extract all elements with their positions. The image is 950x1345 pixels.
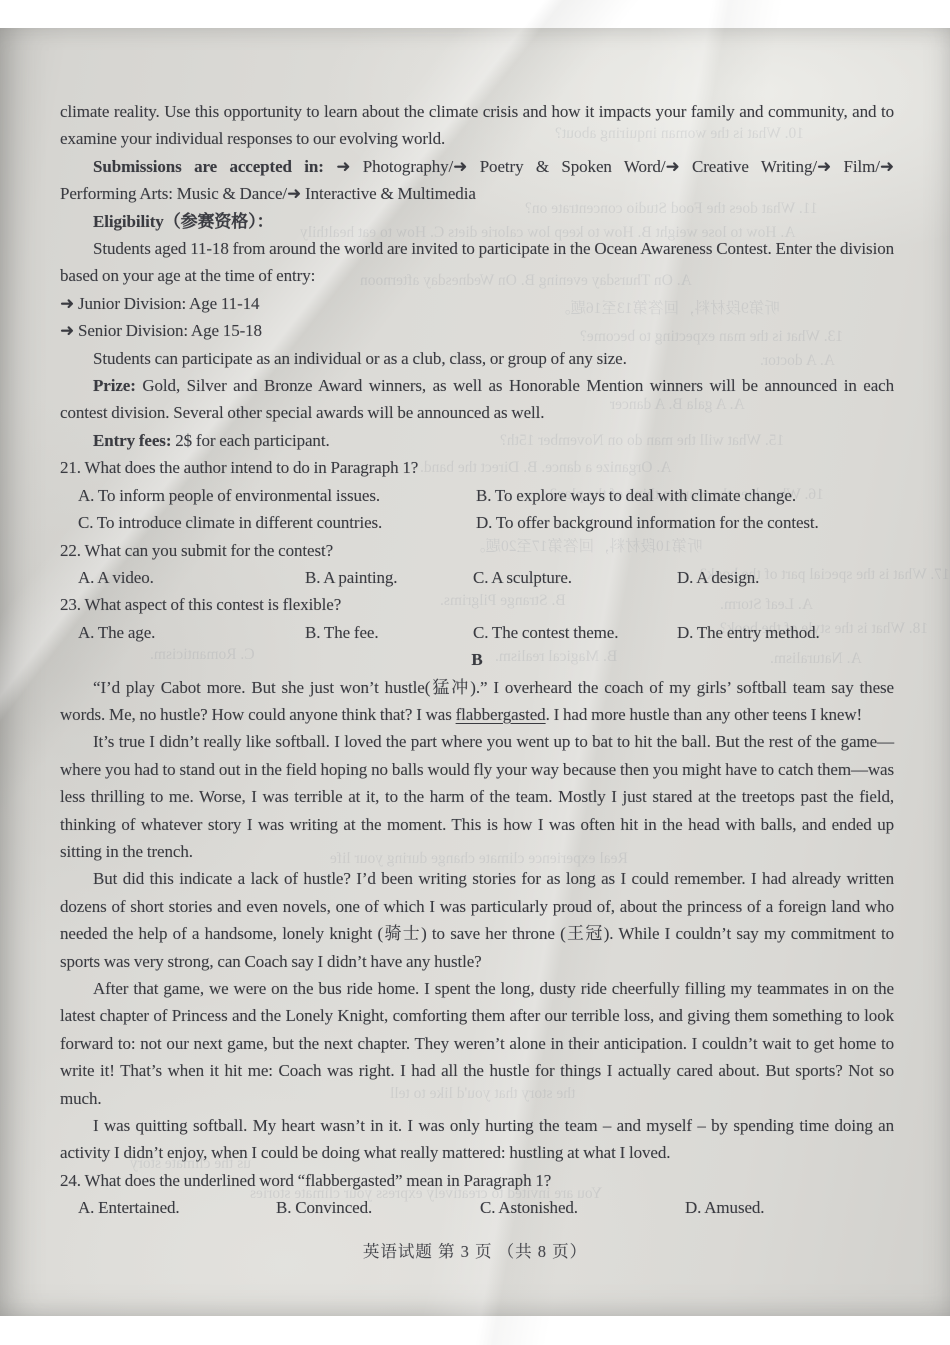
entry-fees-text: 2$ for each participant. <box>171 431 329 450</box>
question-23: 23. What aspect of this contest is flexi… <box>60 591 894 618</box>
submissions-categories-1: ➜ Photography/➜ Poetry & Spoken Word/➜ C… <box>324 157 894 176</box>
question-23-options: A. The age. B. The fee. C. The contest t… <box>78 619 894 646</box>
intro-continuation: climate reality. Use this opportunity to… <box>60 98 894 153</box>
prize-label: Prize: <box>93 376 136 395</box>
option-22-d: D. A design. <box>677 564 759 591</box>
entry-fees-line: Entry fees: 2$ for each participant. <box>60 427 894 454</box>
option-24-d: D. Amused. <box>685 1194 764 1221</box>
option-23-d: D. The entry method. <box>677 619 820 646</box>
option-22-b: B. A painting. <box>305 564 473 591</box>
question-21: 21. What does the author intend to do in… <box>60 454 894 481</box>
option-23-c: C. The contest theme. <box>473 619 677 646</box>
option-21-d: D. To offer background information for t… <box>476 509 894 536</box>
submissions-label: Submissions are accepted in: <box>93 157 324 176</box>
option-21-b: B. To explore ways to deal with climate … <box>476 482 894 509</box>
entry-fees-label: Entry fees: <box>93 431 171 450</box>
senior-division-line: ➜ Senior Division: Age 15-18 <box>60 317 894 344</box>
option-23-b: B. The fee. <box>305 619 473 646</box>
passage-paragraph-3: But did this indicate a lack of hustle? … <box>60 865 894 975</box>
prize-paragraph: Prize: Gold, Silver and Bronze Award win… <box>60 372 894 427</box>
junior-division-line: ➜ Junior Division: Age 11-14 <box>60 290 894 317</box>
option-24-b: B. Convinced. <box>276 1194 480 1221</box>
passage-paragraph-5: I was quitting softball. My heart wasn’t… <box>60 1112 894 1167</box>
submissions-line-1: Submissions are accepted in: ➜ Photograp… <box>60 153 894 180</box>
option-24-a: A. Entertained. <box>78 1194 276 1221</box>
question-24-options: A. Entertained. B. Convinced. C. Astonis… <box>78 1194 894 1221</box>
participation-note: Students can participate as an individua… <box>60 345 894 372</box>
option-23-a: A. The age. <box>78 619 305 646</box>
page-content: climate reality. Use this opportunity to… <box>60 98 894 1222</box>
page-number-footer: 英语试题 第 3 页 （共 8 页） <box>0 1238 950 1262</box>
option-21-a: A. To inform people of environmental iss… <box>78 482 476 509</box>
prize-text: Gold, Silver and Bronze Award winners, a… <box>60 376 894 422</box>
question-22: 22. What can you submit for the contest? <box>60 537 894 564</box>
eligibility-text: Students aged 11-18 from around the worl… <box>60 235 894 290</box>
underlined-word-flabbergasted: flabbergasted <box>456 705 546 724</box>
passage-p1-post: . I had more hustle than any other teens… <box>546 705 863 724</box>
section-b-heading: B <box>60 646 894 673</box>
question-21-options: A. To inform people of environmental iss… <box>78 482 894 537</box>
option-21-c: C. To introduce climate in different cou… <box>78 509 476 536</box>
passage-paragraph-2: It’s true I didn’t really like softball.… <box>60 728 894 865</box>
eligibility-heading: Eligibility（参赛资格）： <box>60 208 894 235</box>
question-24: 24. What does the underlined word “flabb… <box>60 1167 894 1194</box>
option-22-c: C. A sculpture. <box>473 564 677 591</box>
question-22-options: A. A video. B. A painting. C. A sculptur… <box>78 564 894 591</box>
passage-paragraph-4: After that game, we were on the bus ride… <box>60 975 894 1112</box>
option-24-c: C. Astonished. <box>480 1194 685 1221</box>
submissions-line-2: Performing Arts: Music & Dance/➜ Interac… <box>60 180 894 207</box>
option-22-a: A. A video. <box>78 564 305 591</box>
passage-paragraph-1: “I’d play Cabot more. But she just won’t… <box>60 674 894 729</box>
